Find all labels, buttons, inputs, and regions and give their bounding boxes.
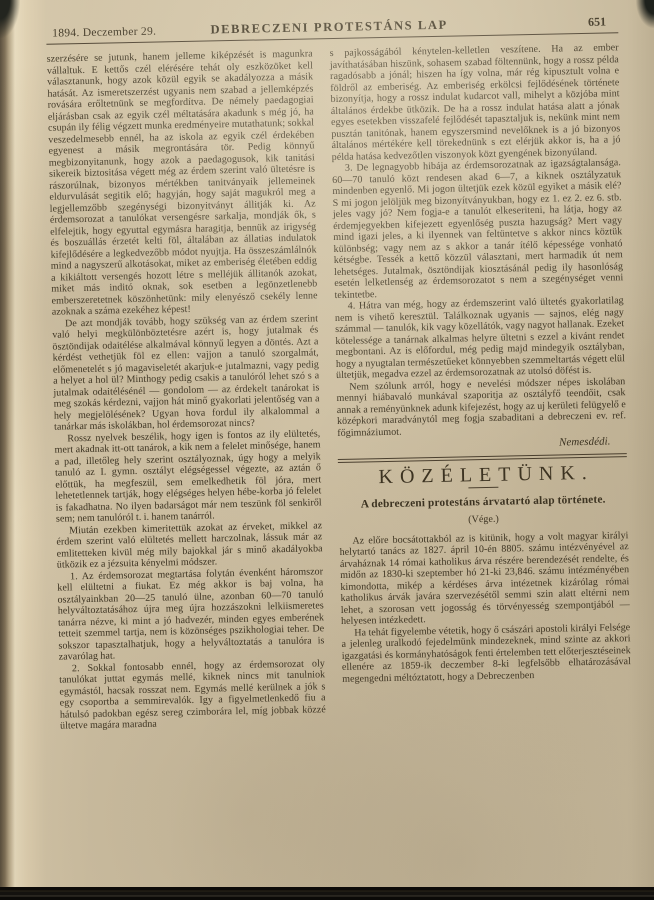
paper-sheet: 1894. Deczember 29. DEBRECZENI PROTESTÁN… bbox=[0, 0, 654, 887]
section-title: KÖZÉLETÜNK. bbox=[338, 467, 627, 484]
paragraph: 4. Hátra van még, hogy az érdemszerint v… bbox=[335, 295, 626, 381]
article-subtitle: (Vége.) bbox=[339, 511, 628, 528]
paragraph: 2. Sokkal fontosabb ennél, hogy az érdem… bbox=[59, 658, 326, 732]
right-column: s pajkosságából kénytelen-kelletlen vesz… bbox=[330, 42, 632, 685]
paragraph: Az előre bocsátottakból az is kitünik, h… bbox=[339, 530, 630, 628]
paragraph: s pajkosságából kénytelen-kelletlen vesz… bbox=[330, 42, 621, 163]
right-column-body: s pajkosságából kénytelen-kelletlen vesz… bbox=[330, 42, 627, 439]
page-number: 651 bbox=[448, 14, 617, 32]
text-columns: szerzésére se jutunk, hanem jelleme kiké… bbox=[47, 42, 633, 732]
section-divider-rule bbox=[468, 486, 498, 488]
paragraph: Nem szólunk arról, hogy e nevelési módsz… bbox=[336, 376, 626, 439]
article-body: Az előre bocsátottakból az is kitünik, h… bbox=[339, 530, 631, 685]
author-signature: Nemesdédi. bbox=[337, 436, 626, 453]
left-column: szerzésére se jutunk, hanem jelleme kiké… bbox=[47, 48, 327, 732]
scan-corner-shadow-left bbox=[0, 0, 20, 38]
paragraph: 1. Az érdemsorozat megtartása folytán év… bbox=[57, 566, 325, 663]
scanned-newspaper-page: 1894. Deczember 29. DEBRECZENI PROTESTÁN… bbox=[0, 0, 654, 900]
article-title: A debreczeni protestáns árvatartó alap t… bbox=[339, 494, 628, 511]
issue-date: 1894. Deczember 29. bbox=[52, 24, 211, 39]
paragraph: Miután ezekben kimeritettük azokat az ér… bbox=[56, 520, 323, 571]
paragraph: szerzésére se jutunk, hanem jelleme kiké… bbox=[47, 48, 318, 318]
journal-masthead: DEBRECZENI PROTESTÁNS LAP bbox=[210, 18, 448, 38]
paragraph: Ha tehát figyelembe vétetik, hogy ő csás… bbox=[341, 622, 631, 685]
page-content: 1894. Deczember 29. DEBRECZENI PROTESTÁN… bbox=[46, 14, 632, 732]
scan-bottom-edge bbox=[0, 887, 654, 900]
page-header: 1894. Deczember 29. DEBRECZENI PROTESTÁN… bbox=[46, 14, 618, 43]
paragraph: 3. De legnagyobb hibája az érdemsorozatn… bbox=[332, 157, 624, 301]
scan-corner-shadow-right bbox=[636, 0, 654, 28]
paragraph: De azt mondják tovább, hogy szükség van … bbox=[52, 313, 320, 433]
paragraph: Rossz nyelvek beszélik, hogy igen is fon… bbox=[54, 428, 322, 525]
